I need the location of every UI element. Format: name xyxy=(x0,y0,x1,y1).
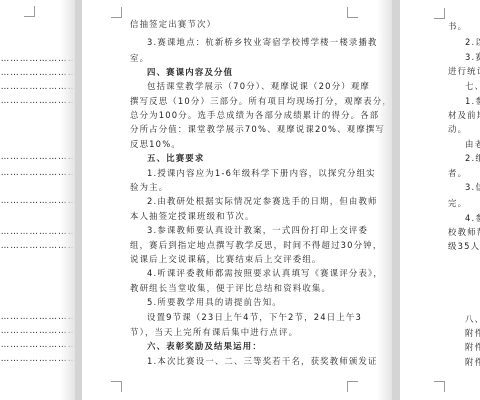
text-line: ……………………………………………………） xyxy=(0,226,75,237)
text-line: ……………………………………………………部书记） xyxy=(0,151,75,162)
margin-corner-mark xyxy=(434,8,445,19)
text-line: ……………………………………………………校 长） xyxy=(0,167,75,178)
text-line: 附件 xyxy=(465,357,480,368)
text-line: 附件 xyxy=(465,342,480,353)
text-line: 信抽签定出赛节次） xyxy=(130,19,216,30)
text-line: 1.本次比赛设一、二、三等奖若干名，获奖教师颁发证 xyxy=(147,356,378,367)
page-left[interactable]: ……………………………………………………机体系……………………………………………… xyxy=(0,0,75,400)
text-line: 附件 xyxy=(465,328,480,339)
text-line: 5.所要教学用具的请提前告知。 xyxy=(147,297,282,308)
text-line: 1.参 xyxy=(465,96,480,107)
margin-corner-mark xyxy=(24,6,35,17)
text-line: 包括课堂教学展示（70分）、观摩说课（20分）观摩 xyxy=(147,81,370,92)
text-line: ……………………………………………………得。 xyxy=(0,339,75,350)
text-line: 3.参课教师要认真设计教案，一式四份打印上交评委 xyxy=(147,225,368,236)
text-line: 说课后上交说课稿，比赛结束后上交评委组。 xyxy=(130,254,322,265)
text-line: 4.参 xyxy=(465,213,480,224)
text-line: 1.授课内容应为1-6年级科学下册内容，以探究分组实 xyxy=(147,168,376,179)
text-line: 3.赛 xyxy=(465,52,480,63)
text-line: ……………………………………………………长） xyxy=(0,240,75,251)
text-line: 组，赛后到指定地点撰写教学反思，时间不得超过30分钟， xyxy=(130,240,382,251)
text-line: ……………………………………………………持联盟校 xyxy=(0,81,75,92)
text-line: 2.组 xyxy=(465,153,480,164)
margin-corner-mark xyxy=(347,7,358,18)
text-line: ……………………………………………………开展赛课 xyxy=(0,95,75,106)
text-line: 设置9节课（23日上午4节，下午2节，24日上午3 xyxy=(147,312,362,323)
text-line: 反思10%。 xyxy=(130,139,181,150)
text-line: 节），当天上完所有课后集中进行点评。 xyxy=(130,327,298,338)
text-line: ……………………………………………………开发高科 xyxy=(0,67,75,78)
page-right[interactable]: 书。2.以3.赛进行统计七、1.参材及前期动。由老2.组者。3.信完。4.参校教… xyxy=(400,0,480,400)
text-line: 五、比赛要求 xyxy=(147,153,204,164)
text-line: 完。 xyxy=(448,198,467,209)
text-line: 材及前期 xyxy=(448,110,480,121)
text-line: 动。 xyxy=(448,124,467,135)
text-line: 者。 xyxy=(448,168,467,179)
text-line: 级35人。 xyxy=(448,241,480,252)
text-line: ……………………………………………………长） xyxy=(0,195,75,206)
text-line: ……………………………………………………机体系 xyxy=(0,53,75,64)
text-line: 分所占分值：课堂教学展示70%、观摩说课20%、观摩撰写 xyxy=(130,124,385,135)
text-line: 书。 xyxy=(448,21,467,32)
text-line: 本人抽签定授课班级和节次。 xyxy=(130,211,254,222)
text-line: 撰写反思（10分）三部分。所有项目均现场打分，观摩表分， xyxy=(130,96,392,107)
text-line: ……………………………………………………校教师 xyxy=(0,325,75,336)
margin-corner-mark xyxy=(111,381,122,392)
text-line: 教研组长当堂收集，便于评比总结和资料收集。 xyxy=(130,283,331,294)
text-line: 校教师帮 xyxy=(448,227,480,238)
margin-corner-mark xyxy=(347,381,358,392)
margin-corner-mark xyxy=(111,7,122,18)
text-line: ……………………………………………………手手机线 xyxy=(0,353,75,364)
text-line: 3.信 xyxy=(465,182,480,193)
text-line: ……………………………………………………点、时间， xyxy=(0,311,75,322)
text-line: 室。 xyxy=(130,53,149,64)
margin-corner-mark xyxy=(434,381,445,392)
text-line: 2.以 xyxy=(465,37,480,48)
text-line: 验为主。 xyxy=(130,182,168,193)
text-line: 六、表彰奖励及结果运用： xyxy=(147,341,262,352)
text-line: 八、附 xyxy=(465,314,480,325)
text-line: 总分为100分。选手总成绩为各部分成绩累计的得分。各部 xyxy=(130,110,379,121)
text-line: 4.听课评委教师都需按照要求认真填写《赛课评分表》， xyxy=(147,268,383,279)
document-viewport[interactable]: ……………………………………………………机体系……………………………………………… xyxy=(0,0,480,400)
text-line: 进行统计 xyxy=(448,66,480,77)
text-line: 3.赛课地点：杭新桥乡牧业寄宿学校博学楼一楼录播教 xyxy=(147,37,378,48)
page-center[interactable]: 信抽签定出赛节次）3.赛课地点：杭新桥乡牧业寄宿学校博学楼一楼录播教室。四、赛课… xyxy=(82,0,392,400)
text-line: 七、 xyxy=(465,81,480,92)
text-line: 2.由教研处根据实际情况定参赛选手的日期，但由教师 xyxy=(147,196,378,207)
text-line: 四、赛课内容及分值 xyxy=(147,67,233,78)
text-line: 由老 xyxy=(465,139,480,150)
